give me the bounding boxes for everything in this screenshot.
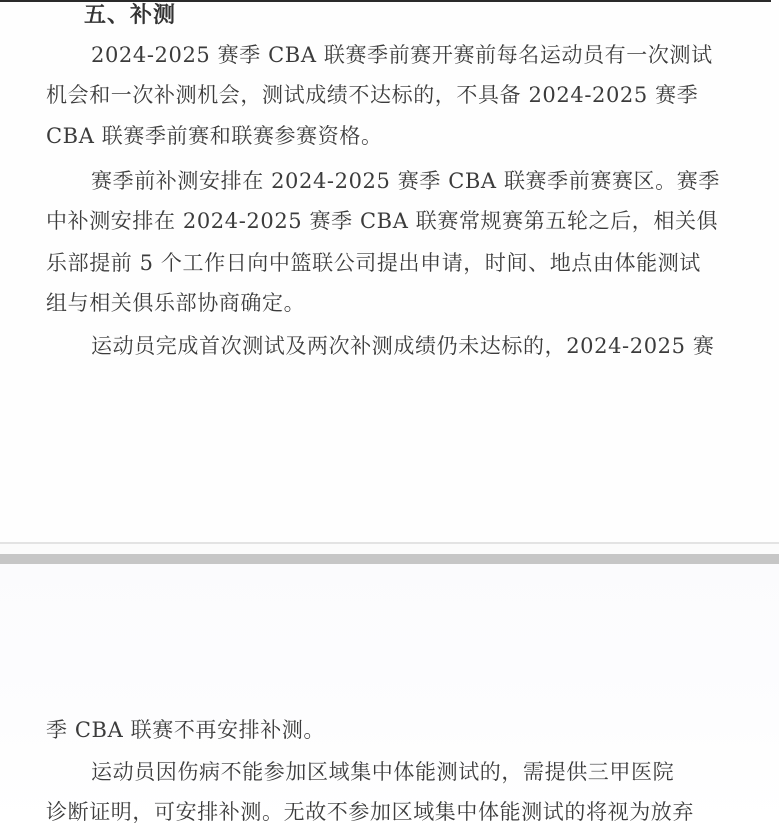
section-heading: 五、补测: [84, 2, 764, 28]
paragraph-line: 赛季前补测安排在 2024-2025 赛季 CBA 联赛季前赛赛区。赛季: [91, 168, 771, 194]
paragraph-line: 运动员因伤病不能参加区域集中体能测试的，需提供三甲医院: [91, 759, 771, 785]
paragraph-line: 乐部提前 5 个工作日向中篮联公司提出申请，时间、地点由体能测试: [46, 250, 726, 276]
paragraph-line: CBA 联赛季前赛和联赛参赛资格。: [46, 123, 726, 149]
paragraph-line: 运动员完成首次测试及两次补测成绩仍未达标的，2024-2025 赛: [91, 333, 771, 359]
document-page-2: 季 CBA 联赛不再安排补测。 运动员因伤病不能参加区域集中体能测试的，需提供三…: [0, 564, 779, 823]
paragraph-line: 2024-2025 赛季 CBA 联赛季前赛开赛前每名运动员有一次测试: [91, 42, 771, 68]
page-divider-gap: [0, 544, 779, 554]
paragraph-line: 中补测安排在 2024-2025 赛季 CBA 联赛常规赛第五轮之后，相关俱: [46, 208, 726, 234]
paragraph-line: 诊断证明，可安排补测。无故不参加区域集中体能测试的将视为放弃: [46, 799, 726, 823]
paragraph-line: 组与相关俱乐部协商确定。: [46, 290, 726, 316]
document-page-1: 五、补测 2024-2025 赛季 CBA 联赛季前赛开赛前每名运动员有一次测试…: [0, 2, 779, 542]
page-divider-band: [0, 554, 779, 564]
paragraph-line: 机会和一次补测机会，测试成绩不达标的，不具备 2024-2025 赛季: [46, 82, 726, 108]
paragraph-line: 季 CBA 联赛不再安排补测。: [46, 717, 726, 743]
